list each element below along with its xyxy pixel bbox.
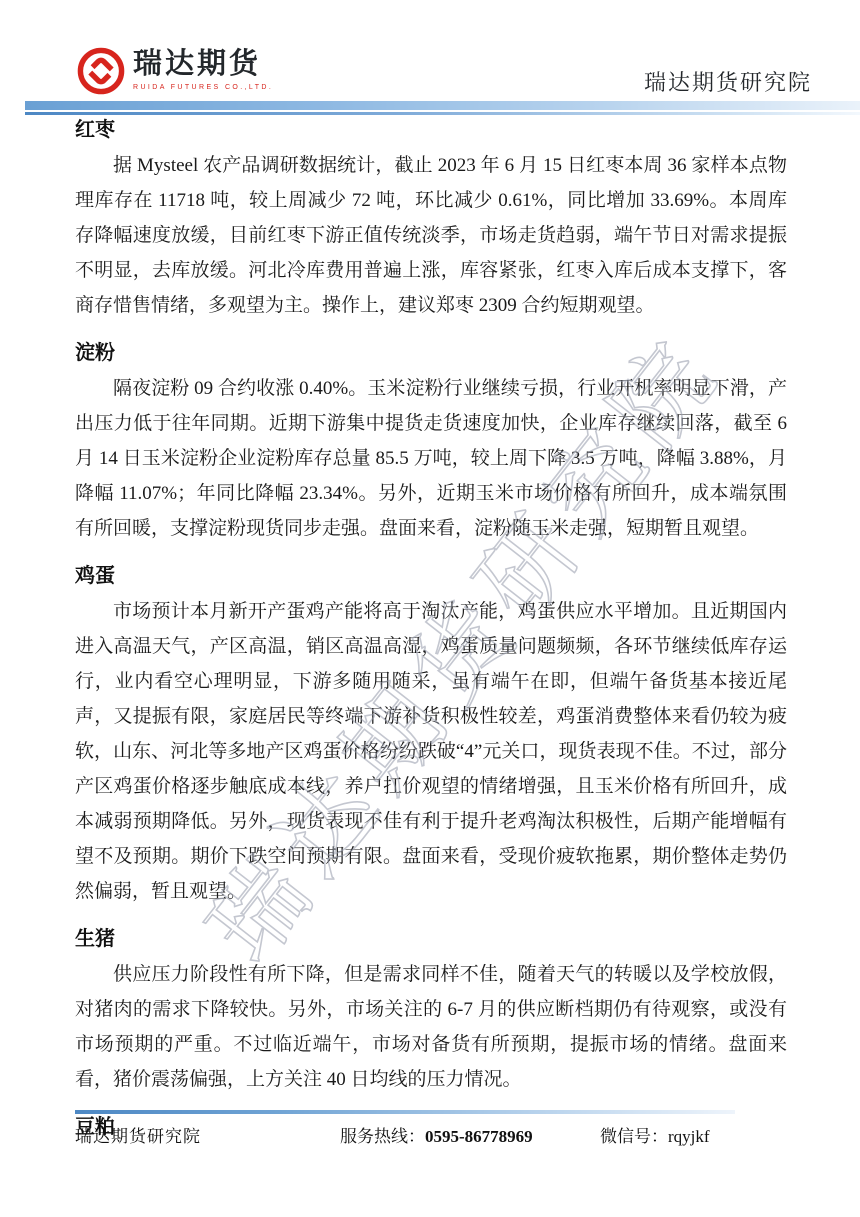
section-paragraph: 据 Mysteel 农产品调研数据统计，截止 2023 年 6 月 15 日红枣…	[75, 148, 787, 323]
section-heading: 淀粉	[75, 336, 787, 371]
header-rule-band	[25, 101, 860, 110]
footer-hotline: 服务热线：0595-86778969	[340, 1122, 533, 1147]
section-heading: 红枣	[75, 113, 787, 148]
section-heading: 鸡蛋	[75, 559, 787, 594]
footer-hotline-label: 服务热线：	[340, 1127, 425, 1146]
report-page: 瑞达期货 RUIDA FUTURES CO.,LTD. 瑞达期货研究院 瑞达期货…	[0, 0, 860, 1217]
section-hogs: 生猪 供应压力阶段性有所下降，但是需求同样不佳，随着天气的转暖以及学校放假，对猪…	[75, 922, 787, 1097]
brand-text: 瑞达期货 RUIDA FUTURES CO.,LTD.	[133, 45, 273, 93]
section-eggs: 鸡蛋 市场预计本月新开产蛋鸡产能将高于淘汰产能，鸡蛋供应水平增加。且近期国内进入…	[75, 559, 787, 909]
footer-rule	[75, 1110, 735, 1114]
footer-institute: 瑞达期货研究院	[75, 1122, 201, 1147]
section-paragraph: 市场预计本月新开产蛋鸡产能将高于淘汰产能，鸡蛋供应水平增加。且近期国内进入高温天…	[75, 594, 787, 909]
footer: 瑞达期货研究院 服务热线：0595-86778969 微信号：rqyjkf	[0, 1122, 860, 1148]
header: 瑞达期货 RUIDA FUTURES CO.,LTD. 瑞达期货研究院	[0, 0, 860, 116]
section-paragraph: 供应压力阶段性有所下降，但是需求同样不佳，随着天气的转暖以及学校放假，对猪肉的需…	[75, 957, 787, 1097]
section-starch: 淀粉 隔夜淀粉 09 合约收涨 0.40%。玉米淀粉行业继续亏损，行业开机率明显…	[75, 336, 787, 546]
footer-wechat-label: 微信号：	[600, 1127, 668, 1146]
footer-wechat-id: rqyjkf	[668, 1127, 710, 1146]
company-logo: 瑞达期货 RUIDA FUTURES CO.,LTD.	[75, 45, 273, 97]
footer-hotline-number: 0595-86778969	[425, 1127, 533, 1146]
brand-name-cn: 瑞达期货	[133, 45, 273, 83]
footer-wechat: 微信号：rqyjkf	[600, 1122, 710, 1147]
section-heading: 生猪	[75, 922, 787, 957]
brand-name-en: RUIDA FUTURES CO.,LTD.	[133, 83, 273, 93]
ruida-logo-icon	[75, 45, 127, 97]
section-red-dates: 红枣 据 Mysteel 农产品调研数据统计，截止 2023 年 6 月 15 …	[75, 113, 787, 323]
header-title: 瑞达期货研究院	[644, 66, 812, 97]
section-paragraph: 隔夜淀粉 09 合约收涨 0.40%。玉米淀粉行业继续亏损，行业开机率明显下滑，…	[75, 371, 787, 546]
report-body: 红枣 据 Mysteel 农产品调研数据统计，截止 2023 年 6 月 15 …	[75, 113, 787, 1145]
